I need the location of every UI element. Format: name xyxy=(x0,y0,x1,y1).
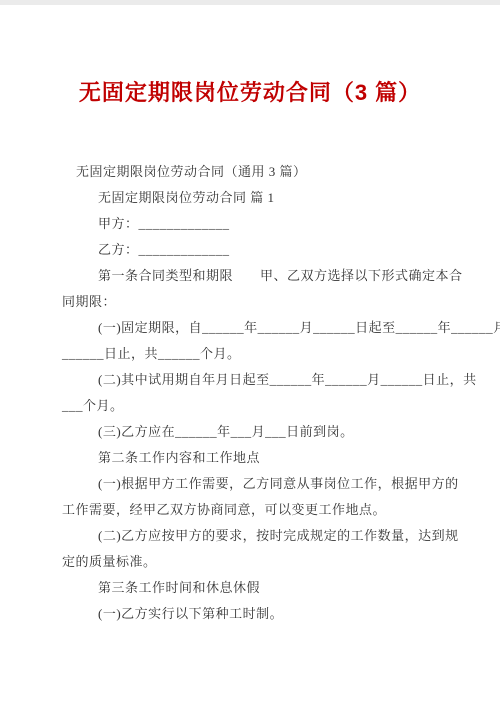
text-line: 第一条合同类型和期限 甲、乙双方选择以下形式确定本合 xyxy=(62,263,445,289)
text-line: (二)乙方应按甲方的要求，按时完成规定的工作数量，达到规 xyxy=(62,523,445,549)
text-line: (一)乙方实行以下第种工时制。 xyxy=(62,601,445,627)
text-line: 第三条工作时间和休息休假 xyxy=(62,575,445,601)
text-line: (一)固定期限，自______年______月______日起至______年_… xyxy=(62,315,445,341)
text-line: 无固定期限岗位劳动合同（通用 3 篇） xyxy=(62,159,445,185)
text-line: 定的质量标准。 xyxy=(62,549,445,575)
text-line: ___个月。 xyxy=(62,393,445,419)
text-line: 乙方：_____________ xyxy=(62,237,445,263)
document-body: 无固定期限岗位劳动合同（通用 3 篇）无固定期限岗位劳动合同 篇 1甲方：___… xyxy=(0,159,500,627)
text-line: (一)根据甲方工作需要，乙方同意从事岗位工作，根据甲方的 xyxy=(62,471,445,497)
text-line: (二)其中试用期自年月日起至______年______月______日止，共 xyxy=(62,367,445,393)
text-line: 同期限： xyxy=(62,289,445,315)
page: { "page": { "background_color": "#ffffff… xyxy=(0,0,500,707)
text-line: 第二条工作内容和工作地点 xyxy=(62,445,445,471)
text-line: 甲方：_____________ xyxy=(62,211,445,237)
text-line: 工作需要，经甲乙双方协商同意，可以变更工作地点。 xyxy=(62,497,445,523)
text-line: 无固定期限岗位劳动合同 篇 1 xyxy=(62,185,445,211)
text-line: (三)乙方应在______年___月___日前到岗。 xyxy=(62,419,445,445)
top-border xyxy=(0,0,500,5)
page-title: 无固定期限岗位劳动合同（3 篇） xyxy=(0,79,500,107)
text-line: ______日止，共______个月。 xyxy=(62,341,445,367)
